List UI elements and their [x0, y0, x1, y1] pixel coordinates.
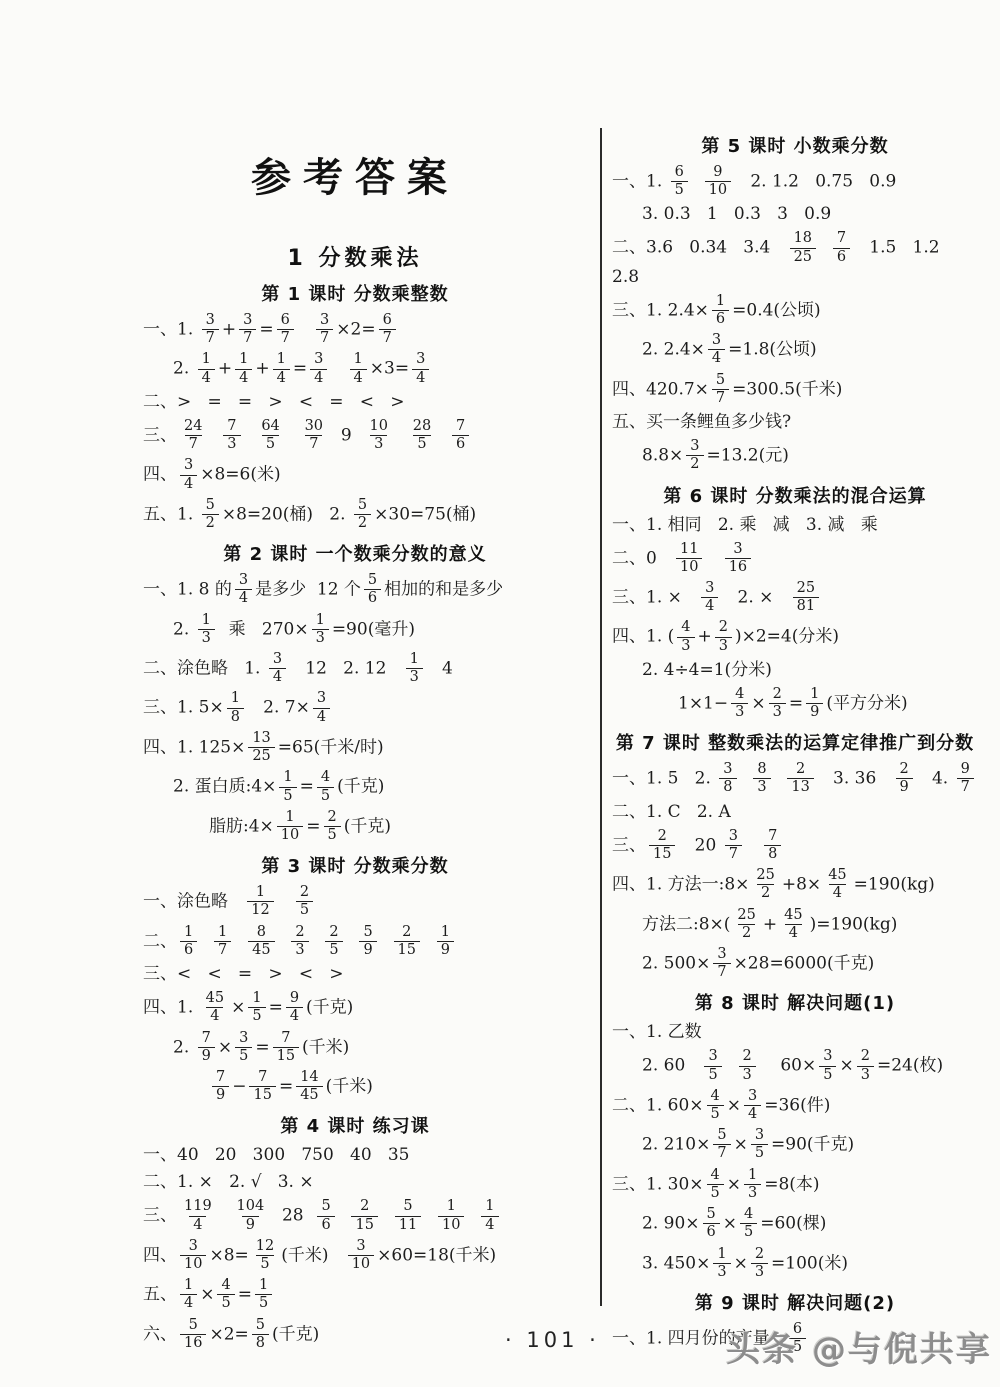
fraction-denominator: 8 [227, 708, 244, 725]
text-run: × [734, 1134, 748, 1154]
fraction-denominator: 7 [713, 963, 730, 980]
answer-line: 二、> = = > < = < > [143, 391, 567, 414]
text-run: 8.8× [642, 445, 683, 465]
text-run: 三、< < = > < > [143, 964, 344, 984]
fraction: 83 [753, 762, 770, 795]
lesson-heading: 第 3 课时 分数乘分数 [143, 852, 567, 878]
fraction: 34 [744, 1089, 761, 1122]
text-run: 一、1. 相同 2. 乘 减 3. 减 乘 [612, 515, 878, 535]
fraction-denominator: 7 [713, 1144, 730, 1161]
fraction-denominator: 7 [277, 329, 294, 346]
fraction: 34 [313, 691, 330, 724]
text-run: 三、 [143, 1206, 177, 1226]
fraction-numerator: 3 [751, 1128, 768, 1144]
text-run: 一、40 20 300 750 40 35 [143, 1145, 409, 1165]
fraction-denominator: 5 [255, 1294, 272, 1311]
fraction-numerator: 11 [676, 542, 702, 558]
text-run: 是多少 12 个 [255, 579, 361, 599]
text-run: 三、1. 5× [143, 698, 224, 718]
fraction-numerator: 3 [352, 1239, 369, 1255]
text-run: ×60=18(千米) [377, 1245, 496, 1265]
fraction-denominator: 3 [370, 435, 387, 452]
answer-line: 脂肪:4×110=25(千克) [143, 809, 567, 844]
fraction-numerator: 3 [235, 573, 252, 589]
text-run [705, 548, 721, 568]
fraction-numerator: 2 [356, 1199, 373, 1215]
fraction-numerator: 3 [180, 458, 197, 474]
fraction-denominator: 16 [725, 558, 751, 575]
fraction-denominator: 5 [704, 1066, 721, 1083]
answer-line: 二、涂色略 1. 34 12 2. 12 13 4 [143, 651, 567, 686]
fraction-denominator: 3 [731, 703, 748, 720]
text-run: × [723, 1213, 737, 1233]
answer-line: 2. 90×56×45=60(棵) [612, 1206, 978, 1241]
answer-line: 三、247 73 645 307 9 103 285 76 [143, 418, 567, 453]
fraction-numerator: 64 [257, 419, 283, 435]
fraction: 110 [438, 1199, 464, 1232]
text-run: + [218, 359, 232, 379]
fraction-numerator: 28 [409, 419, 435, 435]
fraction: 1825 [790, 231, 816, 264]
fraction-numerator: 7 [764, 829, 781, 845]
fraction: 25 [324, 810, 341, 843]
text-run: 2. 2.4× [642, 340, 705, 360]
fraction-numerator: 8 [753, 762, 770, 778]
text-run [312, 931, 323, 951]
fraction: 34 [701, 581, 718, 614]
fraction-denominator: 5 [819, 1066, 836, 1083]
text-run: +8× [782, 874, 821, 894]
fraction-denominator: 5 [325, 941, 342, 958]
fraction-denominator: 4 [708, 349, 725, 366]
answer-line: 2. 500×37×28=6000(千克) [612, 946, 978, 981]
fraction-numerator: 3 [725, 829, 742, 845]
fraction-numerator: 5 [712, 373, 729, 389]
answer-line: 一、1. 乙数 [612, 1021, 978, 1044]
fraction-numerator: 1 [350, 352, 367, 368]
text-run [774, 768, 785, 788]
text-run: ×30=75(桶) [374, 504, 476, 524]
fraction-numerator: 9 [957, 762, 974, 778]
answer-line: 三、< < = > < > [143, 963, 567, 986]
fraction: 1110 [676, 542, 702, 575]
fraction-numerator: 7 [212, 1070, 229, 1086]
fraction-denominator: 12 [247, 901, 273, 918]
fraction: 13 [744, 1168, 761, 1201]
fraction-denominator: 5 [248, 1007, 265, 1024]
text-run: 二、涂色略 1. [143, 658, 266, 678]
fraction-numerator: 1 [255, 1278, 272, 1294]
fraction-numerator: 45 [824, 868, 850, 884]
text-run: 五、买一条鲤鱼多少钱? [612, 412, 791, 432]
fraction: 1049 [233, 1199, 269, 1232]
fraction: 45 [707, 1089, 724, 1122]
watermark: 头条 @与倪共享 [726, 1322, 992, 1371]
fraction: 29 [896, 762, 913, 795]
text-run [338, 1206, 349, 1226]
text-run: = [255, 1037, 269, 1057]
answer-line: 四、1. 125×1325=65(千米/时) [143, 730, 567, 765]
fraction: 67 [379, 313, 396, 346]
fraction: 45 [740, 1207, 757, 1240]
text-run [819, 238, 830, 258]
fraction-denominator: 9 [806, 703, 823, 720]
lesson-heading: 第 7 课时 整数乘法的运算定律推广到分数 [612, 729, 978, 755]
answer-line: 三、1. 2.4×16=0.4(公顷) [612, 293, 978, 328]
fraction: 37 [713, 947, 730, 980]
text-run: 四、1. [143, 997, 199, 1017]
fraction: 516 [180, 1318, 206, 1351]
fraction-numerator: 12 [252, 1239, 278, 1255]
text-run: =90(毫升) [332, 619, 415, 639]
fraction: 56 [703, 1207, 720, 1240]
fraction-numerator: 3 [819, 1049, 836, 1065]
fraction-denominator: 7 [957, 778, 974, 795]
fraction: 14 [180, 1278, 197, 1311]
fraction: 454 [780, 908, 806, 941]
answer-line: 方法二:8×(252+454)=190(kg) [612, 907, 978, 942]
fraction-numerator: 3 [744, 1089, 761, 1105]
fraction-numerator: 3 [729, 542, 746, 558]
fraction-numerator: 4 [731, 687, 748, 703]
fraction: 310 [348, 1239, 374, 1272]
fraction-numerator: 25 [752, 868, 778, 884]
text-run: = [269, 997, 283, 1017]
fraction-numerator: 1 [248, 991, 265, 1007]
text-run: 12 2. 12 [289, 658, 403, 678]
fraction-numerator: 3 [269, 652, 286, 668]
fraction-denominator: 2 [686, 455, 703, 472]
fraction-denominator: 10 [705, 181, 731, 198]
fraction-numerator: 2 [896, 762, 913, 778]
fraction: 52 [202, 498, 219, 531]
text-run: 2. 210× [642, 1134, 710, 1154]
text-run: 3. 36 [817, 768, 893, 788]
fraction: 34 [412, 352, 429, 385]
text-run [725, 1056, 736, 1076]
fraction-numerator: 2 [291, 925, 308, 941]
fraction: 19 [437, 925, 454, 958]
fraction: 910 [705, 165, 731, 198]
text-run [381, 1206, 392, 1226]
fraction-denominator: 16 [180, 1334, 206, 1351]
fraction-numerator: 5 [713, 1128, 730, 1144]
fraction-numerator: 3 [316, 313, 333, 329]
text-run: × [839, 1056, 853, 1076]
fraction-denominator: 7 [185, 435, 202, 452]
text-run: )=190(kg) [810, 914, 898, 934]
fraction-denominator: 15 [249, 1086, 275, 1103]
fraction-numerator: 5 [252, 1318, 269, 1334]
fraction-numerator: 3 [686, 439, 703, 455]
text-run: 一、1. [143, 319, 199, 339]
text-run: 六、 [143, 1324, 177, 1344]
fraction-numerator: 18 [790, 231, 816, 247]
answer-line: 二、1. × 2. √ 3. × [143, 1171, 567, 1194]
fraction-denominator: 4 [206, 1007, 223, 1024]
fraction-numerator: 7 [833, 231, 850, 247]
answer-line: 五、14×45=15 [143, 1277, 567, 1312]
fraction-denominator: 5 [256, 1255, 273, 1272]
fraction: 13 [198, 613, 215, 646]
text-run: = [293, 359, 307, 379]
fraction-denominator: 3 [769, 703, 786, 720]
fraction-numerator: 2 [654, 829, 671, 845]
fraction-numerator: 6 [379, 313, 396, 329]
fraction: 43 [677, 620, 694, 653]
fraction: 845 [248, 925, 274, 958]
fraction-denominator: 4 [235, 369, 252, 386]
text-run [740, 768, 751, 788]
fraction: 45 [217, 1278, 234, 1311]
text-run: 60× [759, 1056, 817, 1076]
fraction-numerator: 45 [202, 991, 228, 1007]
fraction-numerator: 4 [707, 1089, 724, 1105]
text-run: 9 [330, 425, 362, 445]
text-run: 二、3.6 0.34 3.4 [612, 238, 787, 258]
text-run: 2. × [721, 587, 789, 607]
fraction: 310 [180, 1239, 206, 1272]
fraction-denominator: 7 [316, 329, 333, 346]
fraction: 213 [787, 762, 813, 795]
fraction-numerator: 1 [281, 810, 298, 826]
fraction-denominator: 4 [273, 369, 290, 386]
fraction-numerator: 3 [704, 1049, 721, 1065]
fraction-denominator: 10 [180, 1255, 206, 1272]
text-run [691, 171, 702, 191]
fraction: 34 [269, 652, 286, 685]
fraction: 76 [833, 231, 850, 264]
text-run: 四、 [143, 1245, 177, 1265]
text-run [467, 1206, 478, 1226]
fraction-denominator: 3 [223, 435, 240, 452]
fraction: 215 [351, 1199, 377, 1232]
fraction: 13 [713, 1247, 730, 1280]
text-run: = [306, 816, 320, 836]
fraction-denominator: 7 [725, 845, 742, 862]
fraction-numerator: 1 [235, 352, 252, 368]
answer-line: 8.8×32=13.2(元) [612, 438, 978, 473]
fraction: 16 [180, 925, 197, 958]
fraction-numerator: 24 [180, 419, 206, 435]
fraction-denominator: 4 [412, 369, 429, 386]
text-run: 三、 [612, 835, 646, 855]
text-run: =90(千克) [771, 1134, 854, 1154]
fraction: 307 [301, 419, 327, 452]
fraction-denominator: 4 [198, 369, 215, 386]
answer-line: 四、1. 454×15=94(千克) [143, 990, 567, 1025]
fraction-denominator: 7 [712, 389, 729, 406]
fraction-numerator: 5 [399, 1199, 416, 1215]
fraction: 97 [957, 762, 974, 795]
fraction: 35 [819, 1049, 836, 1082]
fraction-denominator: 7 [202, 329, 219, 346]
fraction: 247 [180, 419, 206, 452]
lesson-heading: 第 8 课时 解决问题(1) [612, 989, 978, 1015]
text-run: =190(kg) [854, 874, 935, 894]
text-run: = [300, 777, 314, 797]
fraction-denominator: 10 [438, 1216, 464, 1233]
fraction-denominator: 10 [277, 826, 303, 843]
fraction: 23 [715, 620, 732, 653]
text-run: 1×1− [678, 693, 728, 713]
answer-line: 二、3.6 0.34 3.4 1825 76 1.5 1.2 2.8 [612, 230, 978, 288]
answer-line: 2. 4÷4=1(分米) [612, 659, 978, 682]
text-run: = [259, 319, 273, 339]
text-run: (千克) [337, 777, 384, 797]
fraction: 14 [235, 352, 252, 385]
text-run: 四、1. 125× [143, 737, 245, 757]
fraction-denominator: 9 [212, 1086, 229, 1103]
text-run: 2. 1.2 0.75 0.9 [734, 171, 896, 191]
fraction: 25 [296, 885, 313, 918]
fraction-denominator: 2 [738, 924, 755, 941]
fraction-numerator: 14 [296, 1070, 322, 1086]
fraction-denominator: 11 [395, 1216, 421, 1233]
text-run: =24(枚) [877, 1056, 943, 1076]
fraction: 17 [214, 925, 231, 958]
text-run: 四、1. ( [612, 627, 674, 647]
fraction: 19 [806, 687, 823, 720]
fraction: 1445 [296, 1070, 322, 1103]
fraction: 79 [212, 1070, 229, 1103]
answer-line: 2. 13 乘 270×13=90(毫升) [143, 612, 567, 647]
lesson-heading: 第 1 课时 分数乘整数 [143, 280, 567, 306]
fraction-denominator: 7 [214, 941, 231, 958]
fraction: 13 [312, 613, 329, 646]
text-run: =13.2(元) [707, 445, 789, 465]
fraction-numerator: 4 [707, 1168, 724, 1184]
fraction-numerator: 1 [180, 925, 197, 941]
answer-line: 1×1−43×23=19(平方分米) [612, 686, 978, 721]
fraction-numerator: 1 [252, 885, 269, 901]
fraction: 18 [227, 691, 244, 724]
fraction-denominator: 7 [239, 329, 256, 346]
text-run: × [751, 693, 765, 713]
text-run: × [231, 997, 245, 1017]
fraction-numerator: 5 [317, 1199, 334, 1215]
text-run: =60(棵) [760, 1213, 826, 1233]
fraction-denominator: 4 [744, 1105, 761, 1122]
lesson-heading: 第 6 课时 分数乘法的混合运算 [612, 482, 978, 508]
fraction: 32 [686, 439, 703, 472]
answer-line: 四、1. (43+23)×2=4(分米) [612, 619, 978, 654]
fraction-numerator: 104 [233, 1199, 269, 1215]
answer-line: 79−715=1445(千米) [143, 1069, 567, 1104]
fraction-numerator: 1 [198, 352, 215, 368]
fraction-numerator: 3 [239, 313, 256, 329]
fraction-denominator: 15 [394, 941, 420, 958]
fraction-numerator: 10 [365, 419, 391, 435]
fraction-denominator: 3 [198, 629, 215, 646]
fraction-numerator: 2 [751, 1247, 768, 1263]
text-run: 方法二:8×( [642, 914, 730, 934]
fraction-numerator: 1 [180, 1278, 197, 1294]
fraction-numerator: 3 [719, 762, 736, 778]
fraction: 52 [354, 498, 371, 531]
fraction: 37 [239, 313, 256, 346]
fraction: 14 [481, 1199, 498, 1232]
fraction-numerator: 3 [313, 691, 330, 707]
text-run: + [222, 319, 236, 339]
text-run: ×8=20(桶) 2. [222, 504, 351, 524]
fraction-numerator: 7 [198, 1031, 215, 1047]
fraction-denominator: 4 [785, 924, 802, 941]
fraction-numerator: 25 [793, 581, 819, 597]
fraction-denominator: 4 [180, 475, 197, 492]
fraction-denominator: 10 [348, 1255, 374, 1272]
fraction: 35 [704, 1049, 721, 1082]
fraction-numerator: 5 [359, 925, 376, 941]
fraction-denominator: 3 [857, 1066, 874, 1083]
fraction: 2581 [793, 581, 819, 614]
fraction-denominator: 3 [713, 1263, 730, 1280]
text-run: 3. 0.3 1 0.3 3 0.9 [642, 204, 831, 224]
fraction-denominator: 9 [359, 941, 376, 958]
fraction-numerator: 2 [325, 925, 342, 941]
text-run: ×8= [209, 1245, 248, 1265]
fraction-numerator: 7 [452, 419, 469, 435]
fraction-numerator: 4 [677, 620, 694, 636]
text-run: 二、1. × 2. √ 3. × [143, 1172, 314, 1192]
fraction: 215 [649, 829, 675, 862]
fraction-denominator: 4 [829, 884, 846, 901]
fraction-numerator: 7 [223, 419, 240, 435]
fraction-numerator: 2 [324, 810, 341, 826]
answer-line: 一、40 20 300 750 40 35 [143, 1144, 567, 1167]
fraction-numerator: 1 [443, 1199, 460, 1215]
fraction-denominator: 3 [406, 668, 423, 685]
fraction-denominator: 2 [354, 514, 371, 531]
text-run: =65(千米/时) [278, 737, 384, 757]
column-divider [600, 128, 602, 1306]
text-run: (千克) [272, 1324, 319, 1344]
fraction-numerator: 3 [412, 352, 429, 368]
fraction-numerator: 13 [248, 731, 274, 747]
text-run: = [238, 1284, 252, 1304]
text-run: × [734, 1253, 748, 1273]
text-run: 2. 60 [642, 1056, 701, 1076]
text-run: 一、1. 8 的 [143, 579, 232, 599]
fraction: 45 [317, 770, 334, 803]
fraction-denominator: 5 [262, 435, 279, 452]
fraction-denominator: 9 [437, 941, 454, 958]
fraction: 37 [316, 313, 333, 346]
fraction-denominator: 4 [180, 1294, 197, 1311]
fraction-numerator: 5 [202, 498, 219, 514]
lesson-heading: 第 2 课时 一个数乘分数的意义 [143, 540, 567, 566]
text-run: 2. 4÷4=1(分米) [642, 660, 772, 680]
text-run: 二、1. C 2. A [612, 802, 731, 822]
fraction-numerator: 1 [312, 613, 329, 629]
fraction: 285 [409, 419, 435, 452]
text-run: )×2=4(分米) [735, 627, 839, 647]
text-run: =0.4(公顷) [732, 300, 821, 320]
fraction-denominator: 5 [296, 901, 313, 918]
fraction-numerator: 1 [744, 1168, 761, 1184]
fraction-denominator: 5 [217, 1294, 234, 1311]
answer-line: 一、1. 65 910 2. 1.2 0.75 0.9 [612, 164, 978, 199]
lesson-heading: 第 5 课时 小数乘分数 [612, 132, 978, 158]
fraction-denominator: 3 [739, 1066, 756, 1083]
fraction-denominator: 15 [351, 1216, 377, 1233]
text-run [209, 425, 220, 445]
fraction: 16 [712, 294, 729, 327]
fraction: 65 [671, 165, 688, 198]
text-run: 一、涂色略 [143, 891, 244, 911]
text-run: 二、1. 60× [612, 1095, 704, 1115]
text-run: 4 [426, 658, 453, 678]
